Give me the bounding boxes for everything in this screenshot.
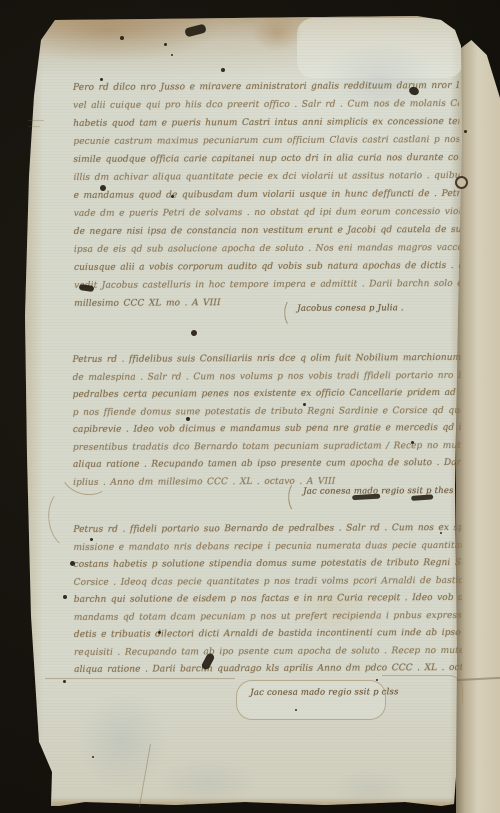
text-line: vel alii cuique qui pro hiis dco preerit…	[73, 95, 459, 115]
text-line: detis e tribuatis dilectori dicti Arnald…	[74, 625, 462, 645]
text-line: illis dm achivar aliqua quantitate pecie…	[73, 167, 459, 187]
text-line: habetis quod tam e pueris hunum Castri i…	[73, 113, 459, 133]
ink-spot	[191, 330, 197, 336]
ink-spot	[221, 68, 225, 72]
ink-spot	[63, 680, 66, 683]
ink-spot	[464, 130, 467, 133]
ink-spot	[100, 185, 106, 191]
ink-spot	[295, 709, 297, 711]
text-line: de negare nisi ipsa de constancia non ve…	[74, 221, 460, 241]
text-line: cuiusque alii a vobis corporum audito qd…	[74, 257, 460, 277]
ink-smudge	[411, 494, 433, 501]
ink-spot	[440, 532, 442, 534]
text-line: Petrus rd . ffideli portario suo Bernard…	[73, 520, 461, 540]
text-line: aliqua ratione . Recupando tamen ab ipso…	[73, 455, 461, 475]
ink-spot	[171, 195, 174, 198]
entry-1-signature: Jacobus conesa p Julia .	[297, 303, 404, 314]
text-line: p nos ffiende domus sume potestatis de t…	[73, 402, 461, 422]
text-line: pedralbes certa pecuniam penes nos exist…	[73, 385, 461, 405]
text-line: Petrus rd . ffidelibus suis Consiliariis…	[72, 350, 460, 370]
text-line: e mandamus quod de quibusdam dum violari…	[74, 185, 460, 205]
ink-spot	[63, 595, 67, 599]
text-line: missione e mandato nris debans recipe i …	[73, 537, 461, 557]
ink-spot	[120, 36, 124, 40]
text-line: simile quodque officia carie capitanei n…	[73, 149, 459, 169]
text-line: Corsice . Ideoq dcas pecie quantitates p…	[74, 572, 462, 592]
text-line: capibrevie . Ideo vob dicimus e mandamus…	[73, 420, 461, 440]
ink-spot	[171, 54, 173, 56]
text-line: pecunie castrum maximus pecuniarum cum o…	[73, 131, 459, 151]
ink-spot	[70, 561, 75, 566]
text-line: costans habetis p solutione stipendia do…	[73, 555, 461, 575]
ink-spot	[90, 538, 93, 541]
text-line: Pero rd dilco nro Jusso e miravere amini…	[73, 77, 459, 97]
entry-3-signature: Jac conesa mado regio ssit p clss	[250, 687, 398, 698]
entry-3-text: Petrus rd . ffideli portario suo Bernard…	[73, 520, 462, 680]
manuscript-photo: Pero rd dilco nro Jusso e miravere amini…	[0, 0, 500, 813]
ink-smudge	[352, 494, 380, 501]
text-line: vadit Jacobus castelluris in hoc tempore…	[74, 275, 460, 295]
ink-spot	[92, 756, 94, 758]
handwritten-text-layer: Pero rd dilco nro Jusso e miravere amini…	[0, 0, 500, 813]
text-line: de malespina . Salr rd . Cum nos volums …	[73, 367, 461, 387]
text-line: ipsa de eis qd sub asolucione apocha de …	[74, 239, 460, 259]
entry-1-text: Pero rd dilco nro Jusso e miravere amini…	[73, 77, 460, 313]
wormhole	[455, 176, 468, 189]
text-line: presentibus tradatis dco Bernardo totam …	[73, 437, 461, 457]
text-line: requisiti . Recupando tam ab ipo psente …	[74, 642, 462, 662]
text-line: aliqua ratione . Darii barchn quadrago k…	[74, 660, 462, 680]
ink-spot	[158, 631, 161, 634]
ink-spot	[100, 78, 103, 81]
text-line: vade dm e pueris Petri de solvams . no o…	[74, 203, 460, 223]
ink-spot	[411, 441, 414, 444]
text-line: barchn qui solutione de eisdem p nos fac…	[74, 590, 462, 610]
ink-spot	[164, 43, 167, 46]
ink-spot	[376, 679, 378, 681]
ink-spot	[303, 403, 306, 406]
ink-spot	[186, 417, 190, 421]
entry-2-text: Petrus rd . ffidelibus suis Consiliariis…	[72, 350, 461, 492]
text-line: mandams qd totam dcam pecuniam p nos ut …	[74, 607, 462, 627]
